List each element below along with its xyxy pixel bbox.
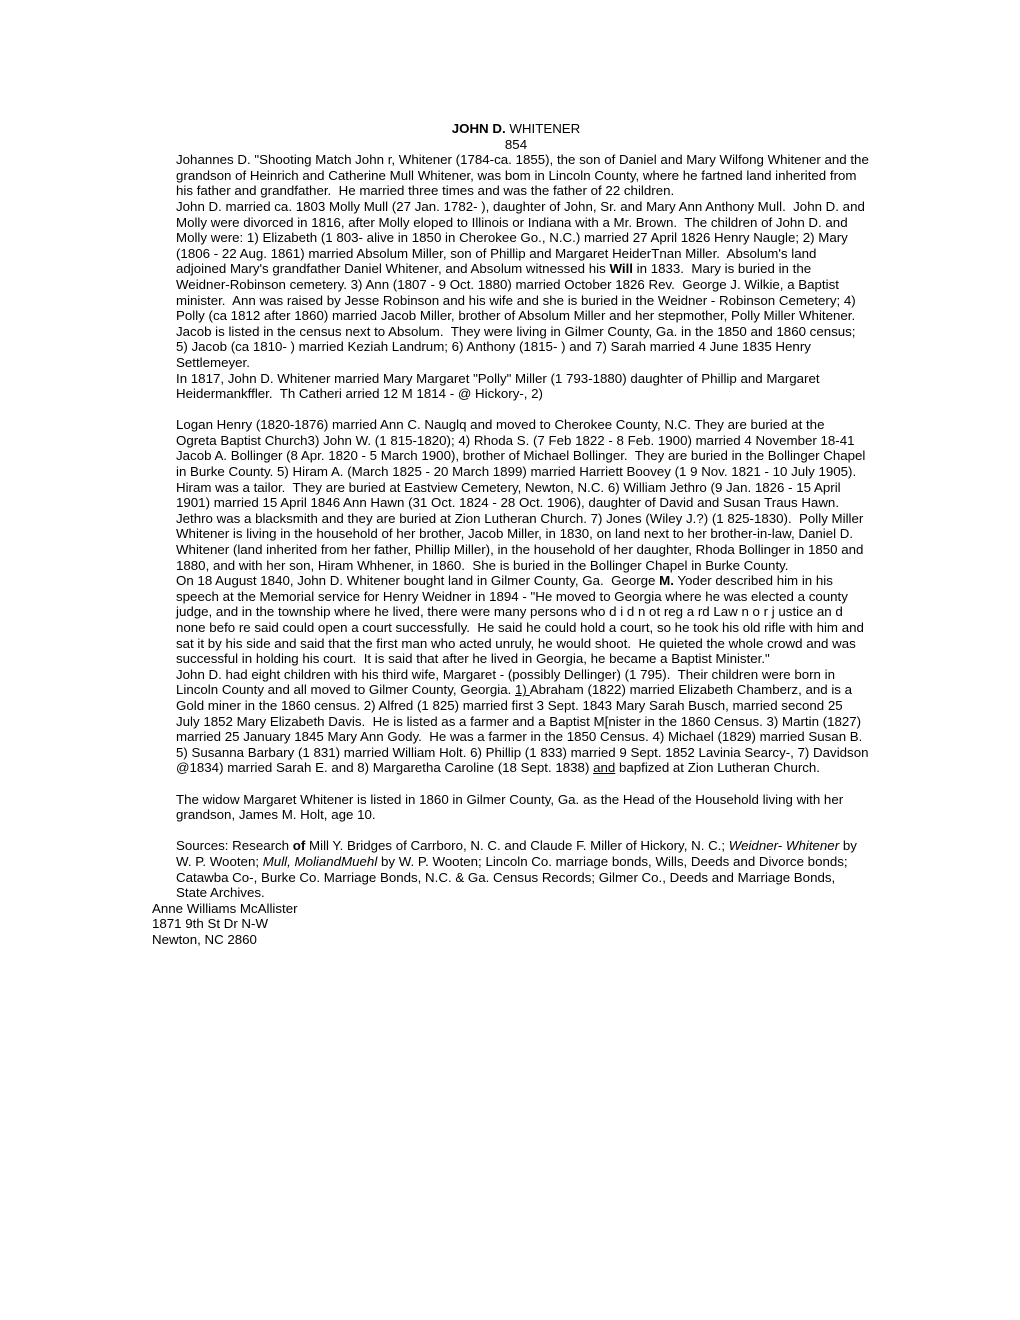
- text-line: Molly were: 1) Elizabeth (1 803- alive i…: [0, 230, 1020, 246]
- text-line: sat it by his side and said that the fir…: [0, 636, 1020, 652]
- text-run: Hiram was a tailor. They are buried at E…: [176, 480, 841, 495]
- text-line: W. P. Wooten; Mull, MoliandMuehl by W. P…: [0, 854, 1020, 870]
- text-line: Polly (ca 1812 after 1860) married Jacob…: [0, 308, 1020, 324]
- text-line: Gold miner in the 1860 census. 2) Alfred…: [0, 698, 1020, 714]
- text-line: Whitener (land inherited from her father…: [0, 542, 1020, 558]
- blank-line: [0, 823, 1020, 839]
- text-run: 5) Susanna Barbary (1 831) married Willi…: [176, 745, 868, 760]
- text-line: Sources: Research of Mill Y. Bridges of …: [0, 838, 1020, 854]
- text-run: On 18 August 1840, John D. Whitener boug…: [176, 573, 659, 588]
- text-line: successful in holding his court. It is s…: [0, 651, 1020, 667]
- text-line: Heidermankffler. Th Catheri arried 12 M …: [0, 386, 1020, 402]
- text-run: Settlemeyer.: [176, 355, 250, 370]
- text-run: grandson, James M. Holt, age 10.: [176, 807, 376, 822]
- text-run: Sources: Research: [176, 838, 293, 853]
- text-line: Lincoln County and all moved to Gilmer C…: [0, 682, 1020, 698]
- document-title: JOHN D. WHITENER: [176, 121, 856, 137]
- text-run: Jacob is listed in the census next to Ab…: [176, 324, 856, 339]
- text-line: Newton, NC 2860: [0, 932, 1020, 948]
- page-number: 854: [176, 137, 856, 153]
- text-line: State Archives.: [0, 885, 1020, 901]
- text-run: July 1852 Mary Elizabeth Davis. He is li…: [176, 714, 861, 729]
- text-run: speech at the Memorial service for Henry…: [176, 589, 848, 604]
- text-line: (1806 - 22 Aug. 1861) married Absolum Mi…: [0, 246, 1020, 262]
- text-run: Weidner-Robinson cemetery. 3) Ann (1807 …: [176, 277, 839, 292]
- text-line: grandson of Heinrich and Catherine Mull …: [0, 168, 1020, 184]
- text-run: 5) Jacob (ca 1810- ) married Keziah Land…: [176, 339, 811, 354]
- text-run: Abraham (1822) married Elizabeth Chamber…: [530, 682, 852, 697]
- text-run: 1901) married 15 April 1846 Ann Hawn (31…: [176, 495, 839, 510]
- text-run: in 1833. Mary is buried in the: [633, 261, 811, 276]
- text-line: Hiram was a tailor. They are buried at E…: [0, 480, 1020, 496]
- text-run: State Archives.: [176, 885, 265, 900]
- text-line: Molly were divorced in 1816, after Molly…: [0, 215, 1020, 231]
- text-line: Logan Henry (1820-1876) married Ann C. N…: [0, 417, 1020, 433]
- text-run: Johannes D. "Shooting Match John r, Whit…: [176, 152, 869, 167]
- text-run: successful in holding his court. It is s…: [176, 651, 770, 666]
- text-run: Catawba Co-, Burke Co. Marriage Bonds, N…: [176, 870, 835, 885]
- text-line: Jacob A. Bollinger (8 Apr. 1820 - 5 Marc…: [0, 448, 1020, 464]
- text-line: In 1817, John D. Whitener married Mary M…: [0, 371, 1020, 387]
- text-run: married 25 January 1845 Mary Ann Gody. H…: [176, 729, 862, 744]
- text-run: (1806 - 22 Aug. 1861) married Absolum Mi…: [176, 246, 816, 261]
- text-line: @1834) married Sarah E. and 8) Margareth…: [0, 760, 1020, 776]
- blank-line: [0, 776, 1020, 792]
- text-line: judge, and in the township where he live…: [0, 604, 1020, 620]
- text-line: minister. Ann was raised by Jesse Robins…: [0, 293, 1020, 309]
- text-run: Heidermankffler. Th Catheri arried 12 M …: [176, 386, 543, 401]
- text-run: Gold miner in the 1860 census. 2) Alfred…: [176, 698, 843, 713]
- text-run: Mill Y. Bridges of Carrboro, N. C. and C…: [305, 838, 728, 853]
- text-line: Johannes D. "Shooting Match John r, Whit…: [0, 152, 1020, 168]
- text-run: grandson of Heinrich and Catherine Mull …: [176, 168, 856, 183]
- blank-line: [0, 402, 1020, 418]
- text-run: In 1817, John D. Whitener married Mary M…: [176, 371, 820, 386]
- text-line: 5) Susanna Barbary (1 831) married Willi…: [0, 745, 1020, 761]
- text-run: 1871 9th St Dr N-W: [152, 916, 268, 931]
- document-lines: Johannes D. "Shooting Match John r, Whit…: [0, 152, 1020, 947]
- text-run: John D. married ca. 1803 Molly Mull (27 …: [176, 199, 865, 214]
- text-line: grandson, James M. Holt, age 10.: [0, 807, 1020, 823]
- text-run: M.: [659, 573, 674, 588]
- text-run: Molly were: 1) Elizabeth (1 803- alive i…: [176, 230, 848, 245]
- text-run: 1): [515, 682, 530, 697]
- text-run: Molly were divorced in 1816, after Molly…: [176, 215, 848, 230]
- text-run: Newton, NC 2860: [152, 932, 257, 947]
- text-line: in Burke County. 5) Hiram A. (March 1825…: [0, 464, 1020, 480]
- document-page: JOHN D. WHITENER 854 Johannes D. "Shooti…: [0, 0, 1020, 1320]
- text-run: @1834) married Sarah E. and 8) Margareth…: [176, 760, 593, 775]
- text-run: none befo re said could open a court suc…: [176, 620, 864, 635]
- text-line: speech at the Memorial service for Henry…: [0, 589, 1020, 605]
- text-run: Polly (ca 1812 after 1860) married Jacob…: [176, 308, 855, 323]
- text-run: bapfized at Zion Lutheran Church.: [615, 760, 820, 775]
- text-run: by W. P. Wooten; Lincoln Co. marriage bo…: [377, 854, 847, 869]
- text-line: 1880, and with her son, Hiram Whhener, i…: [0, 558, 1020, 574]
- text-run: judge, and in the township where he live…: [176, 604, 843, 619]
- text-line: Catawba Co-, Burke Co. Marriage Bonds, N…: [0, 870, 1020, 886]
- text-line: Anne Williams McAllister: [0, 901, 1020, 917]
- text-line: none befo re said could open a court suc…: [0, 620, 1020, 636]
- text-line: Whitener is living in the household of h…: [0, 526, 1020, 542]
- text-run: Jacob A. Bollinger (8 Apr. 1820 - 5 Marc…: [176, 448, 865, 463]
- text-line: 1871 9th St Dr N-W: [0, 916, 1020, 932]
- document-body: JOHN D. WHITENER 854 Johannes D. "Shooti…: [0, 0, 1020, 947]
- text-run: Mull, MoliandMuehl: [263, 854, 378, 869]
- text-line: Jethro was a blacksmith and they are bur…: [0, 511, 1020, 527]
- text-line: adjoined Mary's grandfather Daniel White…: [0, 261, 1020, 277]
- text-line: his father and grandfather. He married t…: [0, 183, 1020, 199]
- text-run: 1880, and with her son, Hiram Whhener, i…: [176, 558, 789, 573]
- text-run: John D. had eight children with his thir…: [176, 667, 835, 682]
- text-run: W. P. Wooten;: [176, 854, 263, 869]
- text-run: adjoined Mary's grandfather Daniel White…: [176, 261, 609, 276]
- text-line: Settlemeyer.: [0, 355, 1020, 371]
- text-line: The widow Margaret Whitener is listed in…: [0, 792, 1020, 808]
- text-run: The widow Margaret Whitener is listed in…: [176, 792, 843, 807]
- text-line: John D. married ca. 1803 Molly Mull (27 …: [0, 199, 1020, 215]
- text-run: Yoder described him in his: [674, 573, 833, 588]
- text-line: John D. had eight children with his thir…: [0, 667, 1020, 683]
- text-run: in Burke County. 5) Hiram A. (March 1825…: [176, 464, 856, 479]
- title-regular-part: WHITENER: [506, 121, 581, 136]
- text-line: On 18 August 1840, John D. Whitener boug…: [0, 573, 1020, 589]
- text-line: Weidner-Robinson cemetery. 3) Ann (1807 …: [0, 277, 1020, 293]
- text-run: by: [839, 838, 857, 853]
- text-run: minister. Ann was raised by Jesse Robins…: [176, 293, 856, 308]
- text-run: Lincoln County and all moved to Gilmer C…: [176, 682, 515, 697]
- text-line: Ogreta Baptist Church3) John W. (1 815-1…: [0, 433, 1020, 449]
- text-line: married 25 January 1845 Mary Ann Gody. H…: [0, 729, 1020, 745]
- text-line: July 1852 Mary Elizabeth Davis. He is li…: [0, 714, 1020, 730]
- text-run: Anne Williams McAllister: [152, 901, 298, 916]
- text-run: Ogreta Baptist Church3) John W. (1 815-1…: [176, 433, 855, 448]
- text-run: Weidner- Whitener: [729, 838, 839, 853]
- text-run: of: [293, 838, 306, 853]
- text-run: his father and grandfather. He married t…: [176, 183, 674, 198]
- text-run: Will: [609, 261, 633, 276]
- text-run: Jethro was a blacksmith and they are bur…: [176, 511, 863, 526]
- text-line: Jacob is listed in the census next to Ab…: [0, 324, 1020, 340]
- text-run: Logan Henry (1820-1876) married Ann C. N…: [176, 417, 824, 432]
- text-line: 5) Jacob (ca 1810- ) married Keziah Land…: [0, 339, 1020, 355]
- text-run: and: [593, 760, 615, 775]
- text-run: Whitener is living in the household of h…: [176, 526, 853, 541]
- text-run: Whitener (land inherited from her father…: [176, 542, 863, 557]
- text-run: sat it by his side and said that the fir…: [176, 636, 856, 651]
- title-bold-part: JOHN D.: [452, 121, 506, 136]
- text-line: 1901) married 15 April 1846 Ann Hawn (31…: [0, 495, 1020, 511]
